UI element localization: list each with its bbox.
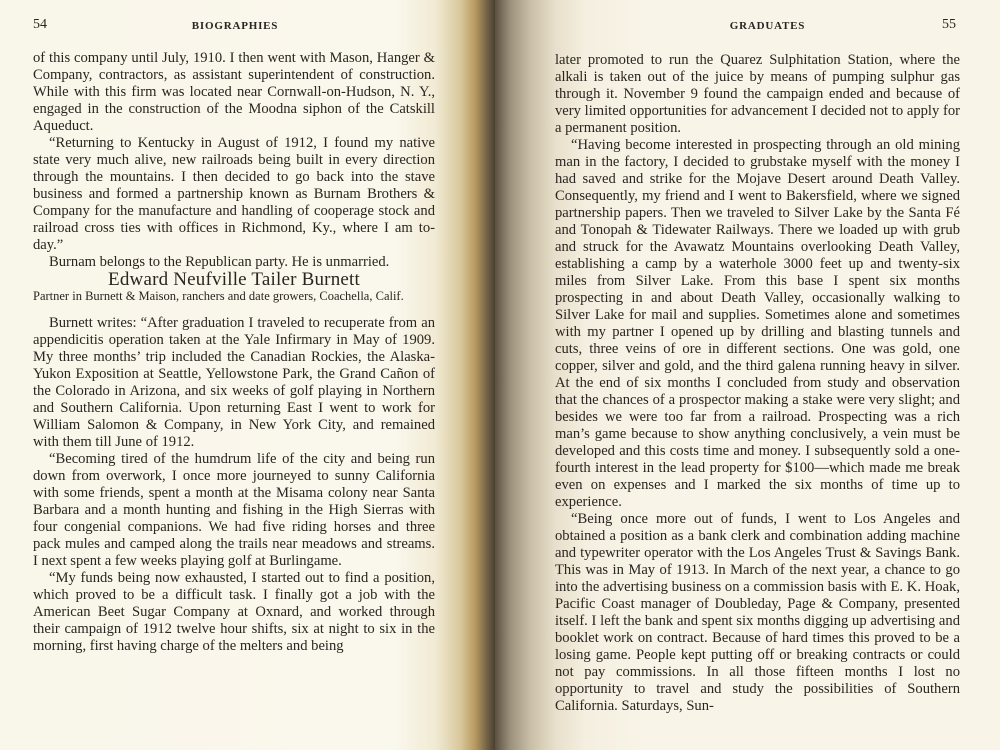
paragraph: “Becoming tired of the humdrum life of t…	[33, 451, 435, 570]
paragraph: “Having become interested in prospecting…	[555, 137, 960, 511]
page-number: 55	[942, 17, 956, 33]
paragraph: Burnett writes: “After graduation I trav…	[33, 315, 435, 451]
biography-name-heading: Edward Neufville Tailer Burnett	[33, 271, 435, 288]
book-spread: 54 BIOGRAPHIES of this company until Jul…	[0, 0, 1000, 750]
biography-subtitle: Partner in Burnett & Maison, ranchers an…	[33, 288, 435, 305]
left-page-text: of this company until July, 1910. I then…	[33, 50, 435, 655]
paragraph: of this company until July, 1910. I then…	[33, 50, 435, 135]
paragraph: “Returning to Kentucky in August of 1912…	[33, 135, 435, 254]
paragraph: “Being once more out of funds, I went to…	[555, 511, 960, 715]
running-head: GRADUATES	[495, 20, 1000, 32]
left-page: 54 BIOGRAPHIES of this company until Jul…	[0, 0, 495, 750]
running-head: BIOGRAPHIES	[0, 20, 470, 32]
paragraph: “My funds being now exhausted, I started…	[33, 570, 435, 655]
right-page: GRADUATES 55 later promoted to run the Q…	[495, 0, 1000, 750]
paragraph: later promoted to run the Quarez Sulphit…	[555, 52, 960, 137]
right-page-text: later promoted to run the Quarez Sulphit…	[555, 52, 960, 715]
